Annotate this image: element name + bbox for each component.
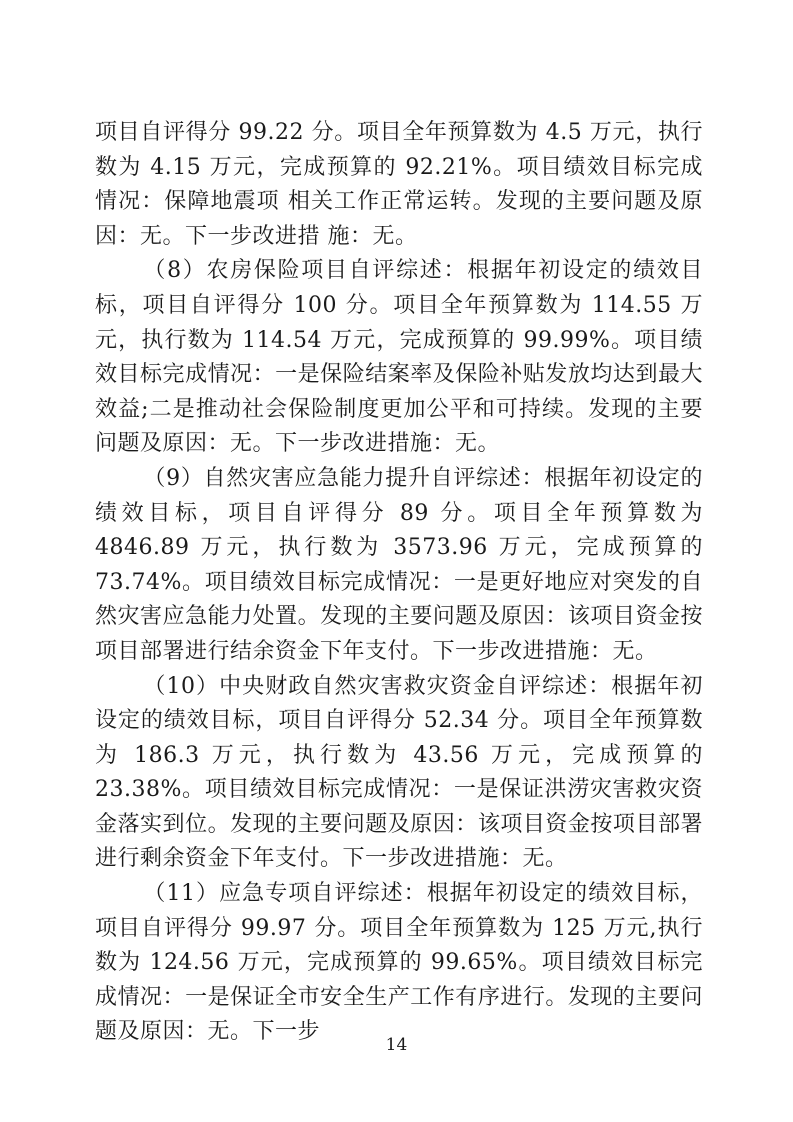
paragraph-item-10: （10）中央财政自然灾害救灾资金自评综述：根据年初设定的绩效目标，项目自评得分 … bbox=[95, 670, 703, 878]
document-body-text: 项目自评得分 99.22 分。项目全年预算数为 4.5 万元，执行数为 4.15… bbox=[95, 116, 703, 1050]
page-number: 14 bbox=[0, 1035, 793, 1055]
paragraph-item-9: （9）自然灾害应急能力提升自评综述：根据年初设定的绩效目标，项目自评得分 89 … bbox=[95, 462, 703, 670]
paragraph-item-8: （8）农房保险项目自评综述：根据年初设定的绩效目标，项目自评得分 100 分。项… bbox=[95, 254, 703, 462]
paragraph-item-7-continuation: 项目自评得分 99.22 分。项目全年预算数为 4.5 万元，执行数为 4.15… bbox=[95, 116, 703, 254]
paragraph-item-11: （11）应急专项自评综述：根据年初设定的绩效目标，项目自评得分 99.97 分。… bbox=[95, 877, 703, 1050]
document-page: 项目自评得分 99.22 分。项目全年预算数为 4.5 万元，执行数为 4.15… bbox=[0, 0, 793, 1122]
